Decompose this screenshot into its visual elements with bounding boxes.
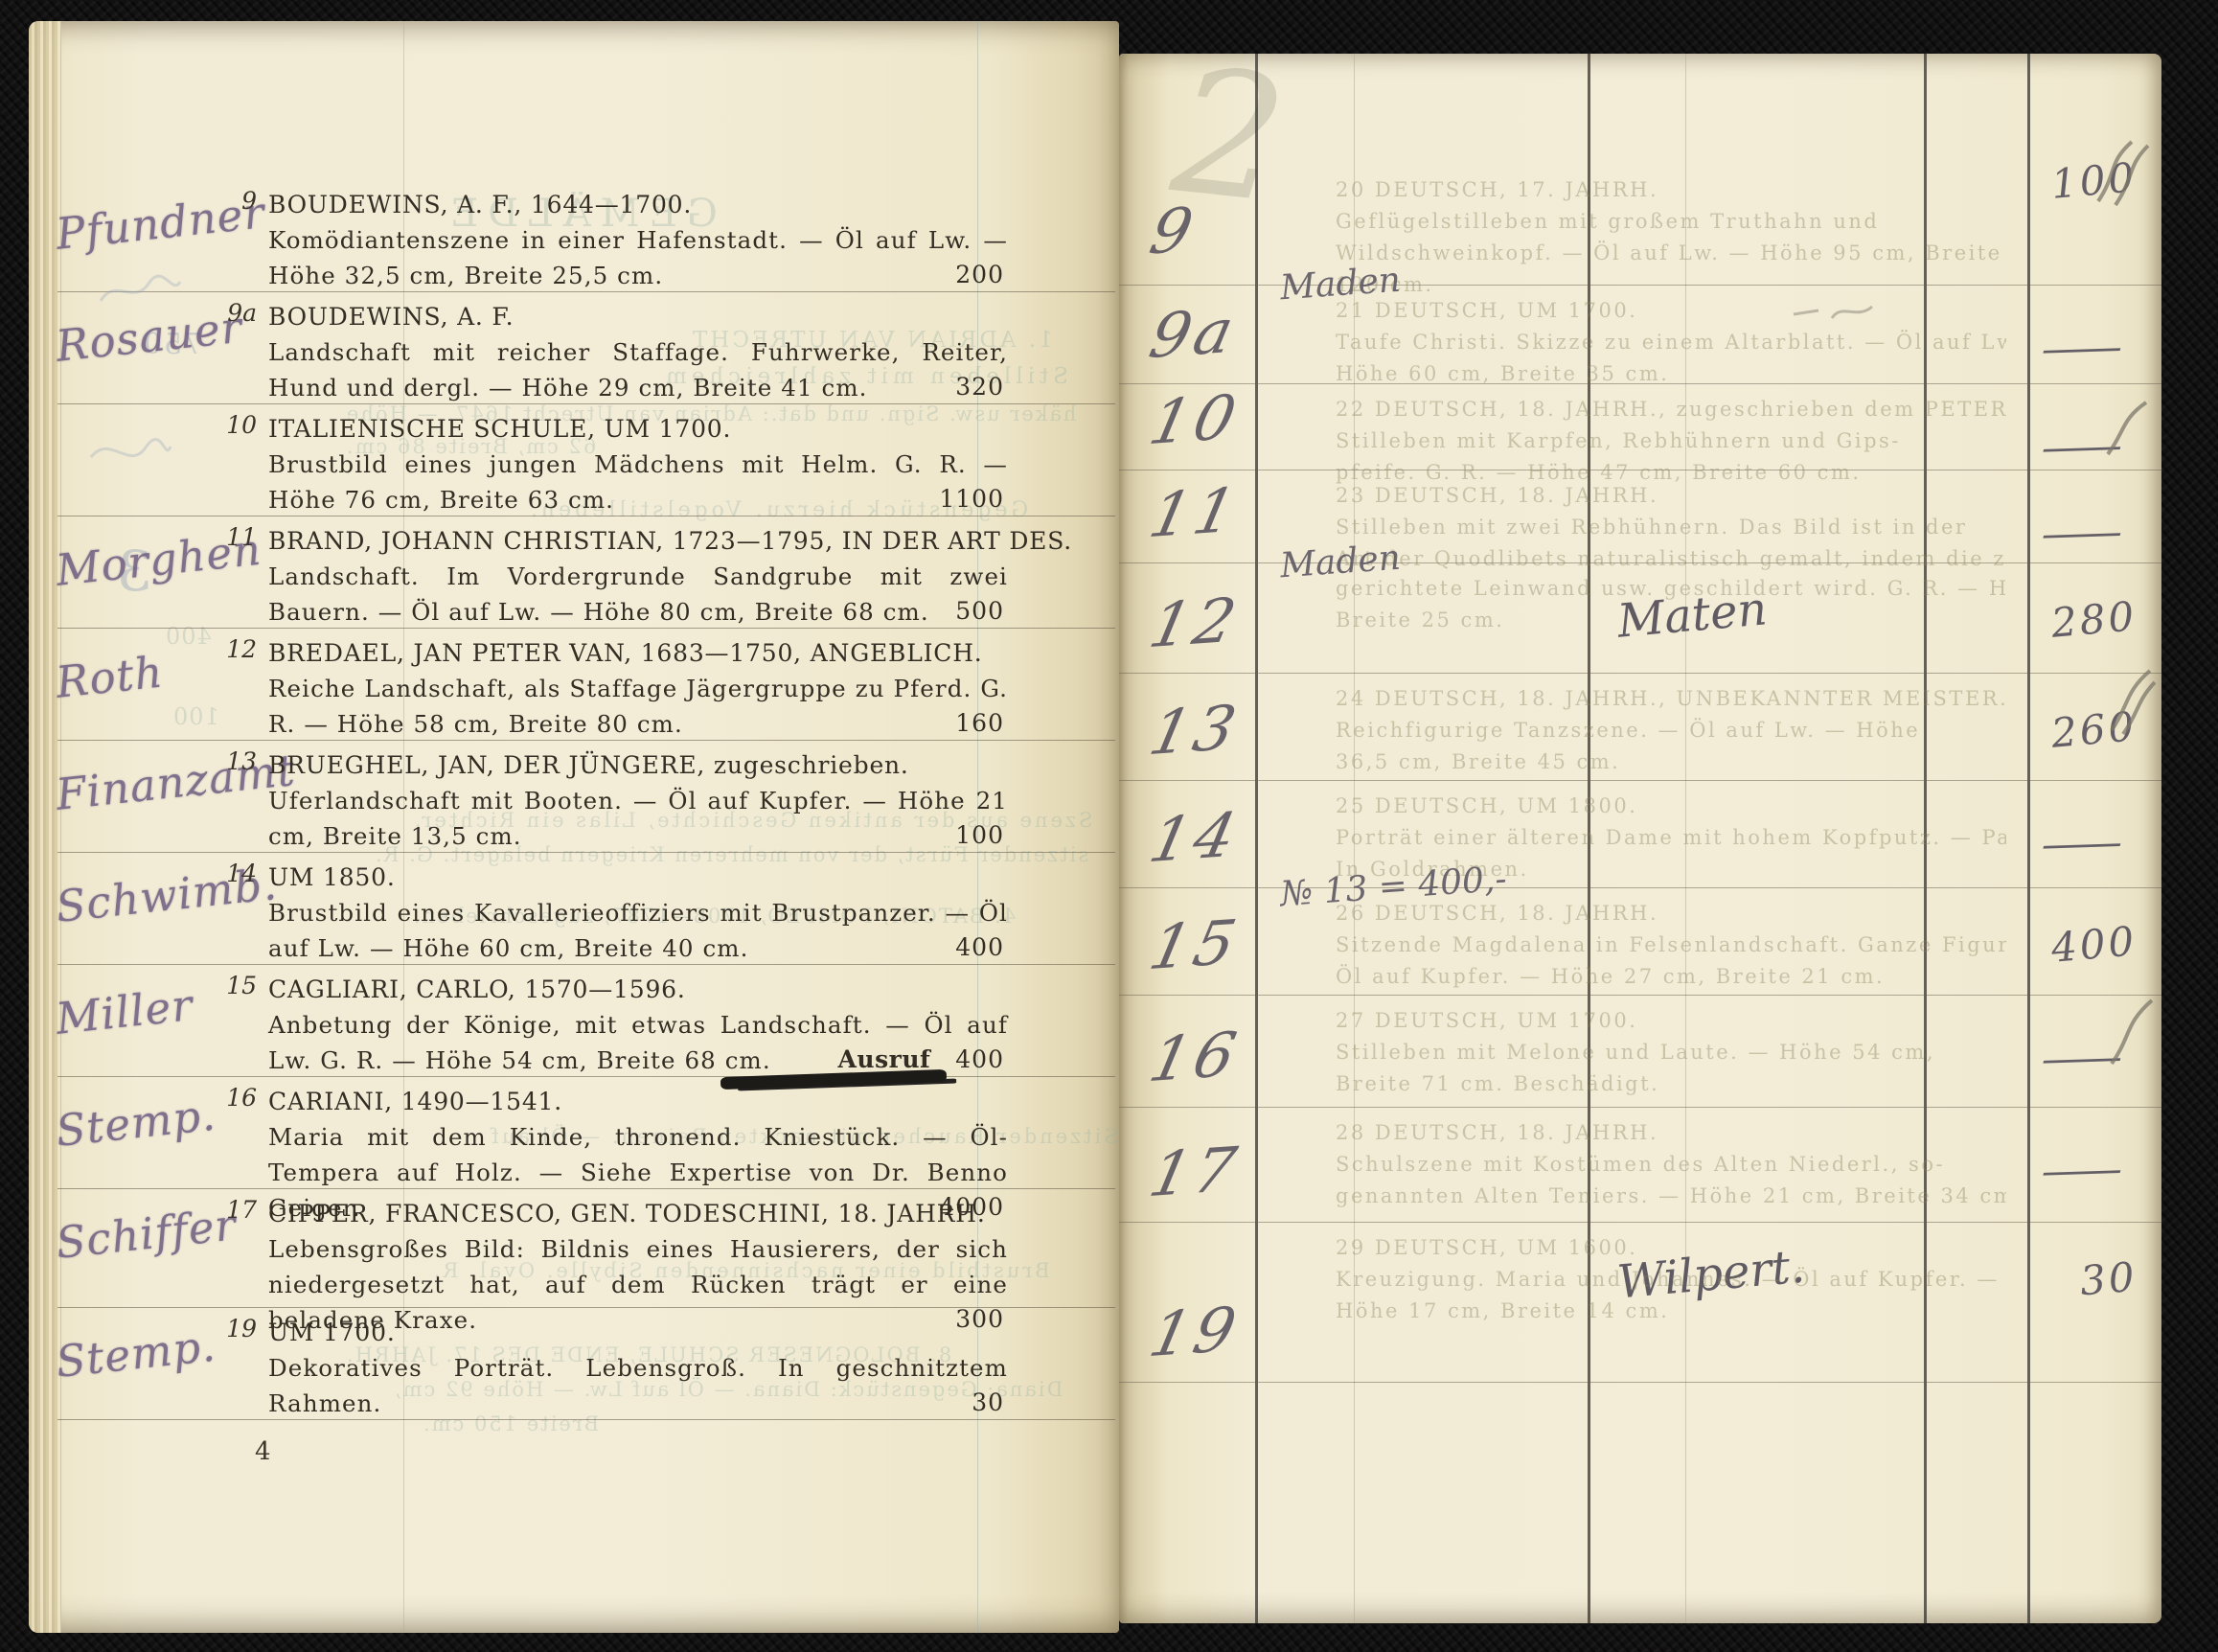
show-through-print: 21 DEUTSCH, UM 1700.Taufe Christi. Skizz… — [1336, 295, 2006, 390]
entry-text: CAGLIARI, CARLO, 1570—1596.Anbetung der … — [268, 972, 1008, 1078]
handwritten-price: — — [2036, 1144, 2133, 1194]
price-value: 500 — [955, 597, 1004, 625]
entry-price: 100 — [955, 821, 1004, 849]
ghost-line: 36,5 cm, Breite 45 cm. — [1336, 746, 2006, 778]
catalogue-entry-row: Roth12BREDAEL, JAN PETER VAN, 1683—1750,… — [57, 629, 1115, 741]
handwritten-price: 280 — [2049, 592, 2138, 647]
pencil-scribble-icon — [1790, 295, 1876, 328]
entry-text: UM 1700.Dekoratives Porträt. Lebensgroß.… — [268, 1315, 1008, 1421]
entry-heading: BOUDEWINS, A. F. — [268, 299, 1008, 334]
entry-text: BOUDEWINS, A. F.Landschaft mit reicher S… — [268, 299, 1008, 405]
ghost-line: Kreuzigung. Maria und Johannes. — Öl auf… — [1336, 1264, 2006, 1296]
entry-heading: BRUEGHEL, JAN, DER JÜNGERE, zugeschriebe… — [268, 747, 1008, 783]
ghost-line: genannten Alten Teniers. — Höhe 21 cm, B… — [1336, 1181, 2006, 1212]
catalogue-entry-row: Rosauer9aBOUDEWINS, A. F.Landschaft mit … — [57, 292, 1115, 404]
lot-number: 19 — [201, 1315, 257, 1342]
entry-heading: BREDAEL, JAN PETER VAN, 1683—1750, ANGEB… — [268, 635, 1008, 671]
entry-text: BRUEGHEL, JAN, DER JÜNGERE, zugeschriebe… — [268, 747, 1008, 854]
catalogue-entry-row: Finanzamt13BRUEGHEL, JAN, DER JÜNGERE, z… — [57, 741, 1115, 853]
ghost-line: Stilleben mit zwei Rebhühnern. Das Bild … — [1336, 512, 2006, 543]
ledger-row: 9aMaden—21 DEUTSCH, UM 1700.Taufe Christ… — [1119, 286, 2161, 384]
ghost-line: Taufe Christi. Skizze zu einem Altarblat… — [1336, 327, 2006, 358]
price-value: 200 — [955, 261, 1004, 288]
entry-price: 400 — [955, 933, 1004, 961]
handwritten-lot-number: 13 — [1143, 693, 1246, 769]
ghost-line: Reichfigurige Tanzszene. — Öl auf Lw. — … — [1336, 715, 2006, 746]
handwritten-lot-number: 14 — [1143, 800, 1246, 877]
ghost-line: Wildschweinkopf. — Öl auf Lw. — Höhe 95 … — [1336, 238, 2006, 269]
entry-heading: UM 1850. — [268, 860, 1008, 895]
pencil-scribble-icon — [2089, 134, 2156, 211]
handwritten-lot-number: 16 — [1143, 1020, 1246, 1096]
catalogue-entries: Pfundner9BOUDEWINS, A. F., 1644—1700.Kom… — [57, 180, 1115, 1420]
ghost-line: Öl auf Kupfer. — Höhe 27 cm, Breite 21 c… — [1336, 961, 2006, 993]
price-value: 400 — [955, 933, 1004, 961]
catalogue-entry-row: Stemp.16CARIANI, 1490—1541.Maria mit dem… — [57, 1077, 1115, 1189]
show-through-print: 29 DEUTSCH, UM 1600.Kreuzigung. Maria un… — [1336, 1232, 2006, 1327]
lot-number: 11 — [201, 523, 257, 551]
lot-number: 13 — [201, 747, 257, 775]
entry-price: 200 — [955, 261, 1004, 288]
lot-number: 17 — [201, 1196, 257, 1224]
lot-number: 12 — [201, 635, 257, 663]
catalogue-entry-row: Stemp.19UM 1700.Dekoratives Porträt. Leb… — [57, 1308, 1115, 1420]
entry-price: 1100 — [939, 485, 1004, 513]
entry-price: Ausruf400 — [838, 1045, 1004, 1073]
ghost-line: Schulszene mit Kostümen des Alten Nieder… — [1336, 1149, 2006, 1181]
handwritten-price: — — [2036, 507, 2133, 557]
ghost-line: Breite 25 cm. — [1336, 605, 2006, 636]
ledger-row: 10—22 DEUTSCH, 18. JAHRH., zugeschrieben… — [1119, 384, 2161, 470]
ledger-row: 19Wilpert.3029 DEUTSCH, UM 1600.Kreuzigu… — [1119, 1223, 2161, 1383]
left-catalogue-page: GEMÄLDE7501. ADRIAN VAN UTRECHTStilleben… — [29, 21, 1119, 1633]
handwritten-lot-number: 12 — [1143, 585, 1246, 662]
lot-number: 10 — [201, 411, 257, 439]
ghost-line: 23 DEUTSCH, 18. JAHRH. — [1336, 480, 2006, 512]
entry-heading: CARIANI, 1490—1541. — [268, 1084, 1008, 1119]
entry-price: 500 — [955, 597, 1004, 625]
ghost-line: 29 DEUTSCH, UM 1600. — [1336, 1232, 2006, 1264]
entry-price: 320 — [955, 373, 1004, 401]
entry-description: Dekoratives Porträt. Lebensgroß. In gesc… — [268, 1350, 1008, 1421]
catalogue-spread-photo: GEMÄLDE7501. ADRIAN VAN UTRECHTStilleben… — [0, 0, 2218, 1652]
entry-text: ITALIENISCHE SCHULE, UM 1700.Brustbild e… — [268, 411, 1008, 517]
ghost-line: Stilleben mit Melone und Laute. — Höhe 5… — [1336, 1037, 2006, 1068]
entry-heading: BRAND, JOHANN CHRISTIAN, 1723—1795, IN D… — [268, 523, 1008, 559]
ghost-line: Porträt einer älteren Dame mit hohem Kop… — [1336, 822, 2006, 854]
ghost-line: 26 DEUTSCH, 18. JAHRH. — [1336, 898, 2006, 929]
page-edge-stack — [29, 21, 61, 1633]
entry-description: Brustbild eines jungen Mädchens mit Helm… — [268, 447, 1008, 517]
handwritten-lot-number: 9a — [1143, 296, 1243, 373]
ghost-line: Höhe 17 cm, Breite 14 cm. — [1336, 1296, 2006, 1327]
ghost-line: Geflügelstilleben mit großem Truthahn un… — [1336, 206, 2006, 238]
ghost-line: 28 DEUTSCH, 18. JAHRH. — [1336, 1117, 2006, 1149]
show-through-print: 23 DEUTSCH, 18. JAHRH.Stilleben mit zwei… — [1336, 480, 2006, 575]
entry-price: 160 — [955, 709, 1004, 737]
handwritten-lot-number: 11 — [1143, 475, 1246, 552]
price-label: Ausruf — [838, 1045, 931, 1073]
price-value: 320 — [955, 373, 1004, 401]
ghost-line: Breite 71 cm. Beschädigt. — [1336, 1068, 2006, 1100]
catalogue-entry-row: Morghen11BRAND, JOHANN CHRISTIAN, 1723—1… — [57, 516, 1115, 629]
page-number: 4 — [255, 1437, 271, 1466]
entry-text: BREDAEL, JAN PETER VAN, 1683—1750, ANGEB… — [268, 635, 1008, 742]
handwritten-lot-number: 10 — [1143, 382, 1246, 459]
entry-description: Brustbild eines Kavallerieoffiziers mit … — [268, 895, 1008, 966]
entry-heading: CIPPER, FRANCESCO, GEN. TODESCHINI, 18. … — [268, 1196, 1008, 1231]
entry-description: Landschaft mit reicher Staffage. Fuhrwer… — [268, 334, 1008, 405]
show-through-print: 26 DEUTSCH, 18. JAHRH.Sitzende Magdalena… — [1336, 898, 2006, 993]
handwritten-lot-number: 17 — [1143, 1135, 1246, 1211]
entry-description: Uferlandschaft mit Booten. — Öl auf Kupf… — [268, 783, 1008, 854]
handwritten-price: — — [2036, 322, 2133, 372]
ghost-line: Stilleben mit Karpfen, Rebhühnern und Gi… — [1336, 425, 2006, 457]
entry-description: Reiche Landschaft, als Staffage Jägergru… — [268, 671, 1008, 742]
ghost-line: 20 DEUTSCH, 17. JAHRH. — [1336, 174, 2006, 206]
catalogue-entry-row: Schiffer17CIPPER, FRANCESCO, GEN. TODESC… — [57, 1189, 1115, 1308]
show-through-print: 20 DEUTSCH, 17. JAHRH.Geflügelstilleben … — [1336, 174, 2006, 301]
pencil-scribble-icon — [2104, 993, 2161, 1073]
ledger-row: 910020 DEUTSCH, 17. JAHRH.Geflügelstille… — [1119, 125, 2161, 286]
entry-heading: CAGLIARI, CARLO, 1570—1596. — [268, 972, 1008, 1007]
show-through-print: 24 DEUTSCH, 18. JAHRH., UNBEKANNTER MEIS… — [1336, 683, 2006, 778]
catalogue-entry-row: Pfundner9BOUDEWINS, A. F., 1644—1700.Kom… — [57, 180, 1115, 292]
ledger-row: 16—27 DEUTSCH, UM 1700.Stilleben mit Mel… — [1119, 996, 2161, 1108]
price-value: 100 — [955, 821, 1004, 849]
entry-heading: UM 1700. — [268, 1315, 1008, 1350]
ledger-row: 14—25 DEUTSCH, UM 1800.Porträt einer ält… — [1119, 781, 2161, 888]
show-through-print: 28 DEUTSCH, 18. JAHRH.Schulszene mit Kos… — [1336, 1117, 2006, 1212]
lot-number: 16 — [201, 1084, 257, 1112]
price-value: 1100 — [939, 485, 1004, 513]
ghost-line: 25 DEUTSCH, UM 1800. — [1336, 791, 2006, 822]
show-through-print: 27 DEUTSCH, UM 1700.Stilleben mit Melone… — [1336, 1005, 2006, 1100]
ghost-mark — [96, 272, 182, 310]
pencil-scribble-icon — [2100, 397, 2158, 464]
ghost-line: Sitzende Magdalena in Felsenlandschaft. … — [1336, 929, 2006, 961]
entry-heading: ITALIENISCHE SCHULE, UM 1700. — [268, 411, 1008, 447]
handwritten-price: 30 — [2078, 1253, 2138, 1305]
ledger-row: 15№ 13 = 400,-40026 DEUTSCH, 18. JAHRH.S… — [1119, 888, 2161, 996]
handwritten-lot-number: 15 — [1143, 907, 1246, 984]
ghost-mark — [86, 433, 172, 471]
handwritten-lot-number: 9 — [1144, 195, 1203, 269]
ledger-row: 1326024 DEUTSCH, 18. JAHRH., UNBEKANNTER… — [1119, 674, 2161, 781]
pencil-scribble-icon — [2102, 663, 2160, 740]
price-value: 30 — [972, 1388, 1004, 1416]
catalogue-entry-row: 10ITALIENISCHE SCHULE, UM 1700.Brustbild… — [57, 404, 1115, 516]
right-interleaf-page: 2 910020 DEUTSCH, 17. JAHRH.Geflügelstil… — [1119, 54, 2161, 1623]
ledger-row: 12MadenMaten280gerichtete Leinwand usw. … — [1119, 563, 2161, 674]
ghost-line: 21 DEUTSCH, UM 1700. — [1336, 295, 2006, 327]
show-through-print: gerichtete Leinwand usw. geschildert wir… — [1336, 573, 2006, 636]
ghost-line: 22 DEUTSCH, 18. JAHRH., zugeschrieben de… — [1336, 394, 2006, 425]
entry-heading: BOUDEWINS, A. F., 1644—1700. — [268, 187, 1008, 222]
entry-description: Landschaft. Im Vordergrunde Sandgrube mi… — [268, 559, 1008, 630]
ghost-line: 27 DEUTSCH, UM 1700. — [1336, 1005, 2006, 1037]
ledger-row: 17—28 DEUTSCH, 18. JAHRH.Schulszene mit … — [1119, 1108, 2161, 1223]
entry-text: BOUDEWINS, A. F., 1644—1700.Komödiantens… — [268, 187, 1008, 293]
catalogue-entry-row: Schwimb.14UM 1850.Brustbild eines Kavall… — [57, 853, 1115, 965]
price-value: 400 — [955, 1045, 1004, 1073]
handwritten-price: 400 — [2049, 917, 2138, 972]
entry-text: UM 1850.Brustbild eines Kavallerieoffizi… — [268, 860, 1008, 966]
handwritten-price: — — [2036, 817, 2133, 867]
lot-number: 9 — [201, 187, 257, 215]
lot-number: 15 — [201, 972, 257, 999]
ghost-line: 24 DEUTSCH, 18. JAHRH., UNBEKANNTER MEIS… — [1336, 683, 2006, 715]
entry-description: Komödiantenszene in einer Hafenstadt. — … — [268, 222, 1008, 293]
ledger-rows: 910020 DEUTSCH, 17. JAHRH.Geflügelstille… — [1119, 125, 2161, 1383]
catalogue-entry-row: Miller15CAGLIARI, CARLO, 1570—1596.Anbet… — [57, 965, 1115, 1077]
entry-text: BRAND, JOHANN CHRISTIAN, 1723—1795, IN D… — [268, 523, 1008, 630]
lot-number: 9a — [201, 299, 257, 327]
lot-number: 14 — [201, 860, 257, 887]
price-value: 160 — [955, 709, 1004, 737]
ledger-row: 11—23 DEUTSCH, 18. JAHRH.Stilleben mit z… — [1119, 470, 2161, 563]
ghost-line: gerichtete Leinwand usw. geschildert wir… — [1336, 573, 2006, 605]
handwritten-lot-number: 19 — [1143, 1295, 1246, 1371]
entry-price: 30 — [972, 1388, 1004, 1416]
